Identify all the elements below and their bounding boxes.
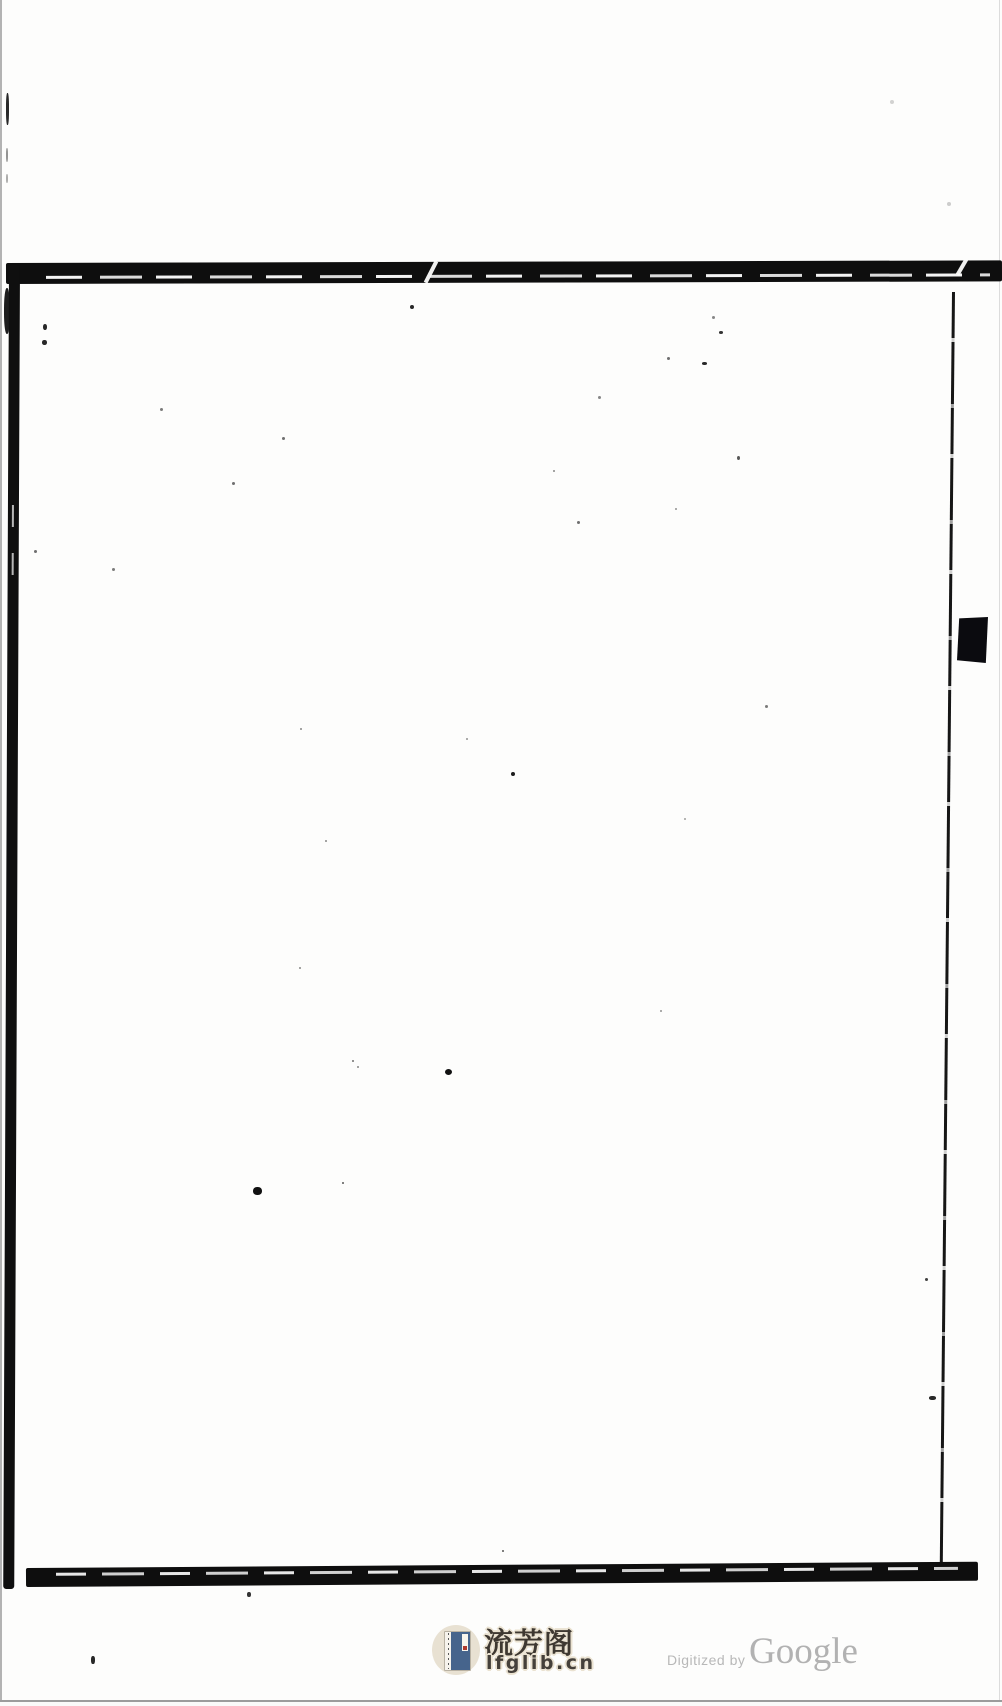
ink-speck (466, 738, 468, 740)
scan-foot-margin (0, 1702, 1002, 1706)
seal-icon (463, 1646, 467, 1650)
ink-speck (737, 456, 740, 460)
ink-speck (357, 1066, 359, 1068)
book-cover-icon (451, 1632, 470, 1670)
ink-speck (712, 316, 715, 319)
ink-speck (410, 305, 414, 309)
ink-speck (299, 967, 301, 969)
ink-speck (553, 470, 555, 472)
ink-speck (929, 1396, 936, 1400)
ink-speck (445, 1069, 452, 1075)
ink-speck (112, 568, 115, 571)
ink-speck (598, 396, 601, 399)
ink-speck (43, 324, 47, 330)
ink-speck (511, 772, 515, 776)
scan-edge-left-line (0, 0, 2, 1706)
ink-speck (300, 728, 302, 730)
ink-speck (765, 705, 768, 708)
ink-speck (160, 408, 163, 411)
ink-speck (253, 1187, 262, 1195)
frame-border-top-highlight (46, 274, 990, 279)
ink-speck (667, 357, 670, 360)
ink-speck (577, 521, 580, 524)
spine-tab-mark (957, 617, 988, 663)
ink-speck (42, 340, 47, 345)
frame-border-bottom-highlight (56, 1567, 958, 1576)
ink-speck (684, 818, 686, 820)
scanned-book-page: { "page": { "type": "scanned blank page … (0, 0, 1002, 1706)
ink-speck (352, 1060, 354, 1062)
ink-speck (925, 1278, 928, 1281)
frame-border-left (3, 265, 20, 1589)
google-logo: Google (749, 1630, 858, 1673)
ink-speck (282, 437, 285, 440)
frame-border-left-highlight (12, 505, 14, 595)
digitized-by-label: Digitized by (667, 1652, 745, 1668)
ink-speck (325, 840, 327, 842)
ink-speck (502, 1550, 504, 1552)
ink-speck (247, 1592, 251, 1597)
book-stitch-icon (448, 1633, 449, 1669)
book-icon (444, 1631, 471, 1671)
ink-speck (6, 174, 8, 183)
frame-border-top (6, 260, 1002, 284)
ink-speck (660, 1010, 662, 1012)
ink-speck (4, 288, 10, 334)
frame-border-right-line (940, 292, 955, 1566)
ink-speck (6, 93, 9, 125)
ink-speck (675, 508, 677, 510)
frame-border-bottom (26, 1562, 978, 1587)
ink-speck (232, 482, 235, 485)
book-title-label-icon (462, 1634, 468, 1651)
scan-edge-right-line (999, 0, 1000, 1706)
ink-speck (342, 1182, 344, 1184)
ink-speck (702, 362, 707, 365)
ink-speck (719, 331, 723, 334)
ink-speck (947, 202, 951, 206)
watermark-site-domain: lfglib.cn (486, 1652, 596, 1674)
ink-speck (890, 100, 894, 104)
ink-speck (6, 148, 8, 162)
ink-speck (91, 1656, 95, 1664)
ink-speck (34, 550, 37, 553)
